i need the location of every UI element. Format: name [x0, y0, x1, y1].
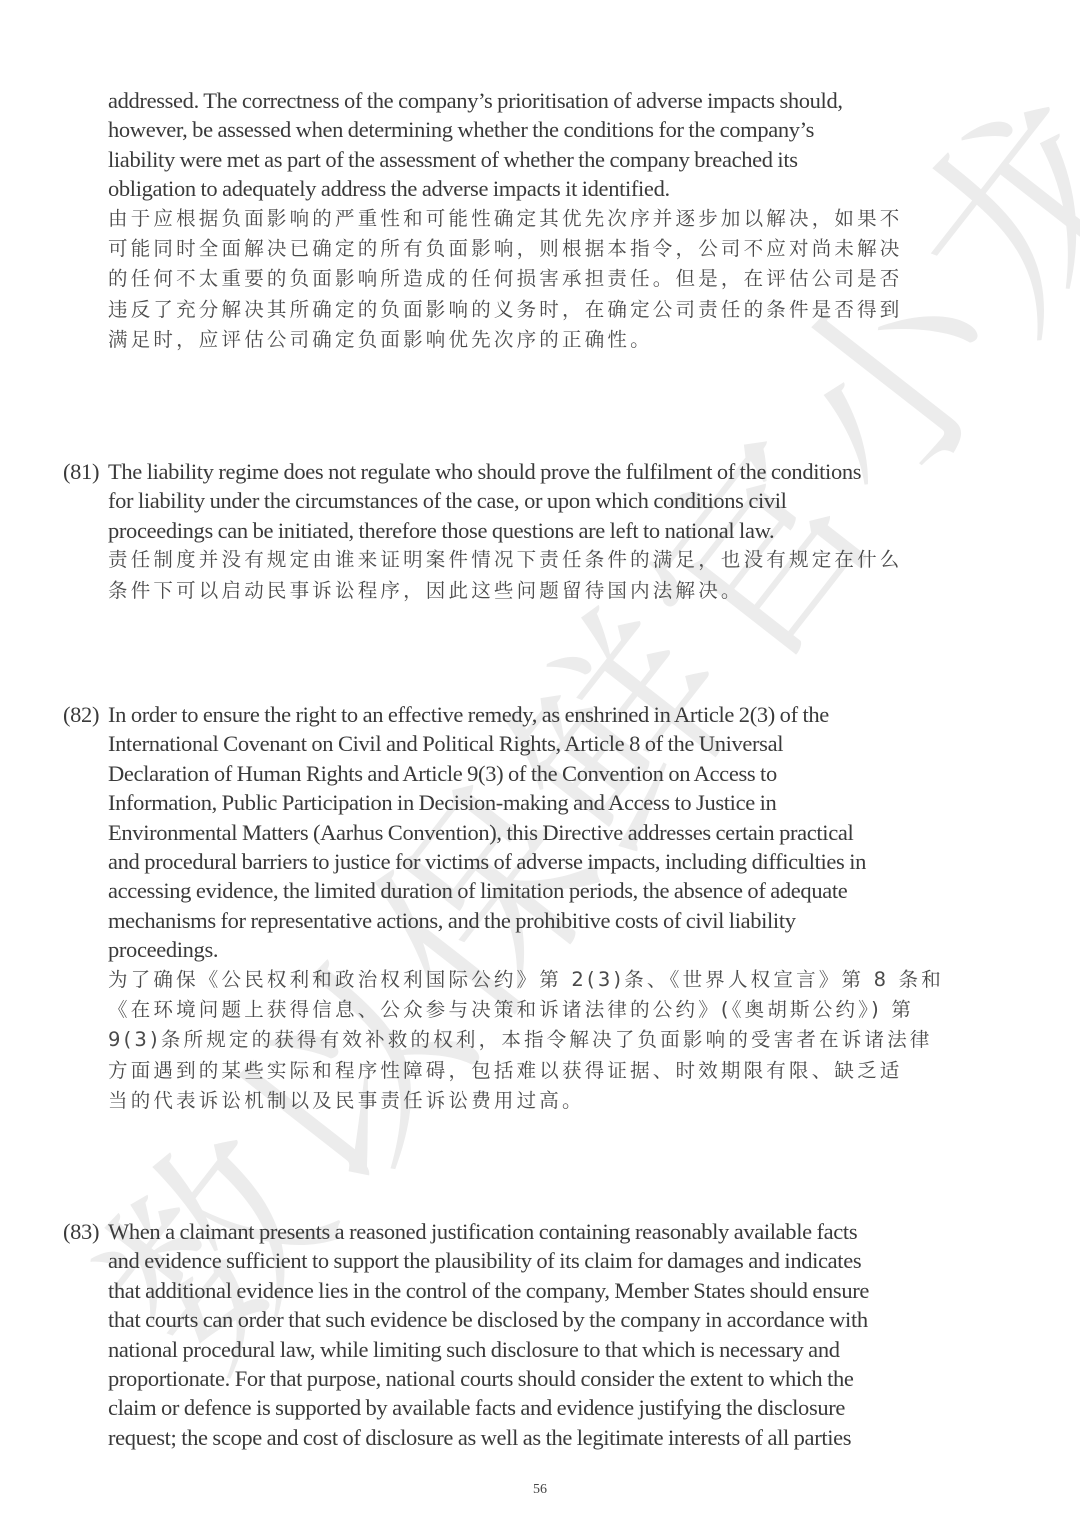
text-line: 的任何不太重要的负面影响所造成的任何损害承担责任。但是，在评估公司是否 — [108, 264, 1013, 294]
text-line: When a claimant presents a reasoned just… — [108, 1217, 1013, 1246]
paragraph-english: The liability regime does not regulate w… — [108, 457, 1013, 545]
text-line: Information, Public Participation in Dec… — [108, 788, 1013, 817]
text-line: Declaration of Human Rights and Article … — [108, 759, 1013, 788]
paragraph-number: (81) — [63, 457, 99, 486]
paragraph-chinese: 由于应根据负面影响的严重性和可能性确定其优先次序并逐步加以解决，如果不 可能同时… — [108, 204, 1013, 355]
text-line: In order to ensure the right to an effec… — [108, 700, 1013, 729]
paragraph-81: The liability regime does not regulate w… — [108, 457, 1013, 606]
text-line: 为了确保《公民权利和政治权利国际公约》第 2(3)条、《世界人权宣言》第 8 条… — [108, 965, 1013, 995]
text-line: liability were met as part of the assess… — [108, 145, 1013, 174]
text-line: 当的代表诉讼机制以及民事责任诉讼费用过高。 — [108, 1086, 1013, 1116]
paragraph-80-continuation: addressed. The correctness of the compan… — [108, 86, 1013, 355]
text-line: 《在环境问题上获得信息、公众参与决策和诉诸法律的公约》(《奥胡斯公约》) 第 — [108, 995, 1013, 1025]
paragraph-83: When a claimant presents a reasoned just… — [108, 1217, 1013, 1452]
paragraph-82: In order to ensure the right to an effec… — [108, 700, 1013, 1116]
text-line: request; the scope and cost of disclosur… — [108, 1423, 1013, 1452]
text-line: proceedings. — [108, 935, 1013, 964]
text-line: 责任制度并没有规定由谁来证明案件情况下责任条件的满足，也没有规定在什么 — [108, 545, 1013, 575]
document-page: 数以保鲜官小龙 addressed. The correctness of th… — [0, 0, 1080, 1527]
text-line: claim or defence is supported by availab… — [108, 1393, 1013, 1422]
text-line: and procedural barriers to justice for v… — [108, 847, 1013, 876]
text-line: and evidence sufficient to support the p… — [108, 1246, 1013, 1275]
text-line: for liability under the circumstances of… — [108, 486, 1013, 515]
text-line: that courts can order that such evidence… — [108, 1305, 1013, 1334]
text-line: accessing evidence, the limited duration… — [108, 876, 1013, 905]
text-line: The liability regime does not regulate w… — [108, 457, 1013, 486]
text-line: 违反了充分解决其所确定的负面影响的义务时，在确定公司责任的条件是否得到 — [108, 295, 1013, 325]
text-line: 条件下可以启动民事诉讼程序，因此这些问题留待国内法解决。 — [108, 576, 1013, 606]
text-line: International Covenant on Civil and Poli… — [108, 729, 1013, 758]
paragraph-chinese: 为了确保《公民权利和政治权利国际公约》第 2(3)条、《世界人权宣言》第 8 条… — [108, 965, 1013, 1116]
text-line: 满足时，应评估公司确定负面影响优先次序的正确性。 — [108, 325, 1013, 355]
paragraph-english: addressed. The correctness of the compan… — [108, 86, 1013, 204]
paragraph-english: When a claimant presents a reasoned just… — [108, 1217, 1013, 1452]
paragraph-number: (83) — [63, 1217, 99, 1246]
text-line: addressed. The correctness of the compan… — [108, 86, 1013, 115]
text-line: 可能同时全面解决已确定的所有负面影响，则根据本指令，公司不应对尚未解决 — [108, 234, 1013, 264]
text-line: however, be assessed when determining wh… — [108, 115, 1013, 144]
paragraph-english: In order to ensure the right to an effec… — [108, 700, 1013, 965]
text-line: Environmental Matters (Aarhus Convention… — [108, 818, 1013, 847]
text-line: obligation to adequately address the adv… — [108, 174, 1013, 203]
text-line: 9(3)条所规定的获得有效补救的权利，本指令解决了负面影响的受害者在诉诸法律 — [108, 1025, 1013, 1055]
page-number: 56 — [0, 1482, 1080, 1498]
text-line: proceedings can be initiated, therefore … — [108, 516, 1013, 545]
text-line: that additional evidence lies in the con… — [108, 1276, 1013, 1305]
text-line: national procedural law, while limiting … — [108, 1335, 1013, 1364]
paragraph-number: (82) — [63, 700, 99, 729]
text-line: 由于应根据负面影响的严重性和可能性确定其优先次序并逐步加以解决，如果不 — [108, 204, 1013, 234]
text-line: 方面遇到的某些实际和程序性障碍，包括难以获得证据、时效期限有限、缺乏适 — [108, 1056, 1013, 1086]
paragraph-chinese: 责任制度并没有规定由谁来证明案件情况下责任条件的满足，也没有规定在什么 条件下可… — [108, 545, 1013, 606]
text-line: proportionate. For that purpose, nationa… — [108, 1364, 1013, 1393]
text-line: mechanisms for representative actions, a… — [108, 906, 1013, 935]
